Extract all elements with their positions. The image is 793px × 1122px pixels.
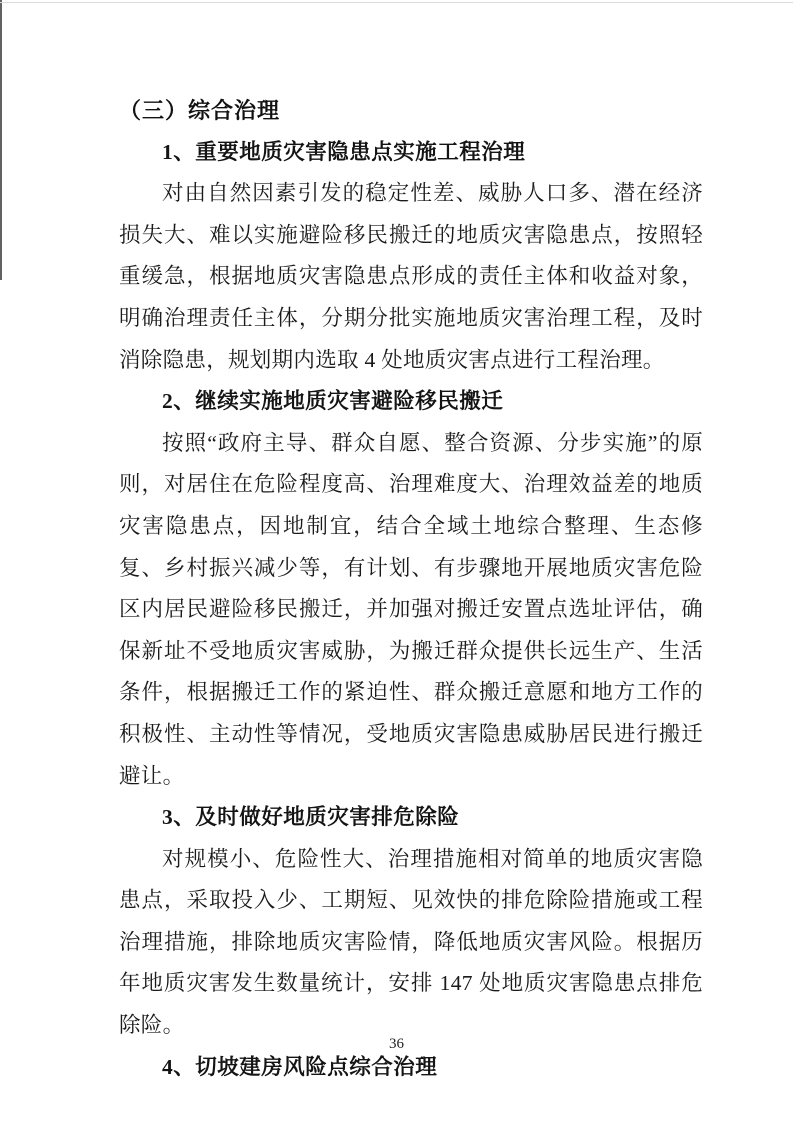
subheading-2: 2、继续实施地质灾害避险移民搬迁 xyxy=(119,381,703,423)
document-page: （三）综合治理 1、重要地质灾害隐患点实施工程治理 对由自然因素引发的稳定性差、… xyxy=(0,0,793,1122)
paragraph-2: 按照“政府主导、群众自愿、整合资源、分步实施”的原则，对居住在危险程度高、治理难… xyxy=(119,423,703,797)
subheading-3: 3、及时做好地质灾害排危除险 xyxy=(119,797,703,839)
page-number: 36 xyxy=(0,1036,793,1053)
section-heading: （三）综合治理 xyxy=(119,90,703,132)
subheading-1: 1、重要地质灾害隐患点实施工程治理 xyxy=(119,132,703,174)
paragraph-3: 对规模小、危险性大、治理措施相对简单的地质灾害隐患点，采取投入少、工期短、见效快… xyxy=(119,839,703,1047)
page-content: （三）综合治理 1、重要地质灾害隐患点实施工程治理 对由自然因素引发的稳定性差、… xyxy=(119,90,703,1088)
scan-edge-top-artifact xyxy=(0,2,793,3)
scan-edge-left-artifact xyxy=(0,0,2,280)
paragraph-1: 对由自然因素引发的稳定性差、威胁人口多、潜在经济损失大、难以实施避险移民搬迁的地… xyxy=(119,173,703,381)
